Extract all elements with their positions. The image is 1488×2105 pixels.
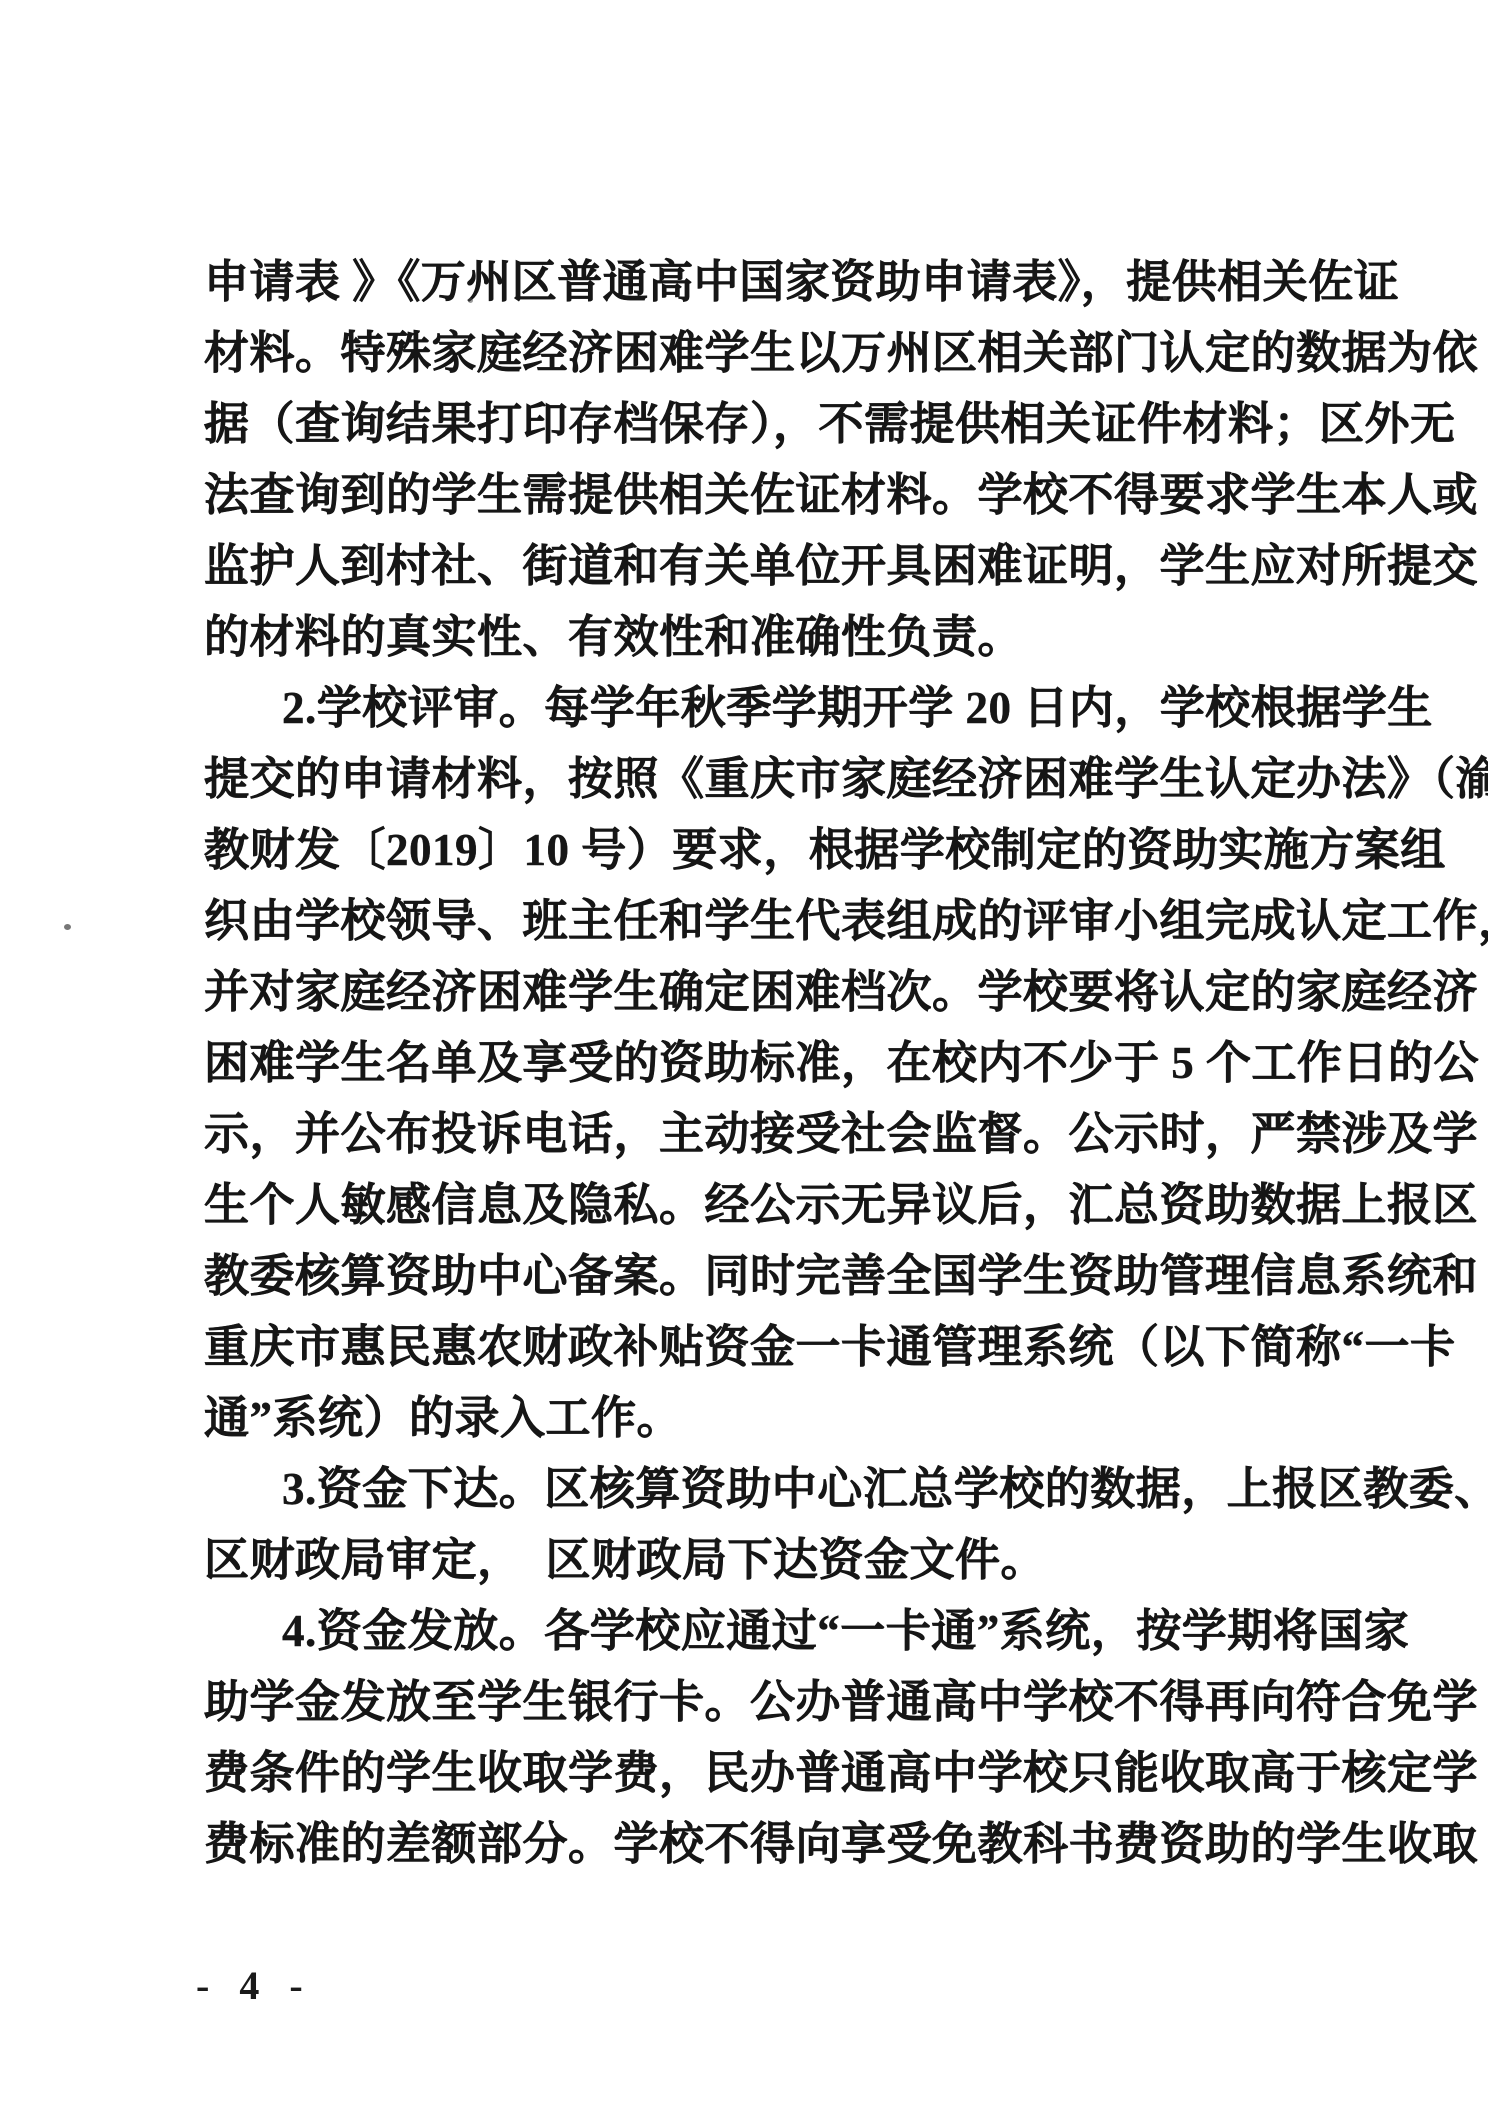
text-line: 教财发〔2019〕10 号）要求，根据学校制定的资助实施方案组 (204, 815, 1318, 886)
page-number: - 4 - (196, 1962, 313, 2009)
text-line: 区财政局审定， 区财政局下达资金文件。 (204, 1525, 1318, 1596)
text-line: 教委核算资助中心备案。同时完善全国学生资助管理信息系统和 (204, 1241, 1318, 1312)
text-line: 3.资金下达。区核算资助中心汇总学校的数据，上报区教委、 (204, 1454, 1318, 1525)
text-line: 4.资金发放。各学校应通过“一卡通”系统，按学期将国家 (204, 1596, 1318, 1667)
text-line: 示，并公布投诉电话，主动接受社会监督。公示时，严禁涉及学 (204, 1099, 1318, 1170)
text-line: 费标准的差额部分。学校不得向享受免教科书费资助的学生收取 (204, 1809, 1318, 1880)
scanned-document-page: 申请表 》《万州区普通高中国家资助申请表》，提供相关佐证 材料。特殊家庭经济困难… (0, 0, 1488, 2105)
scan-speck (468, 298, 473, 303)
text-line: 助学金发放至学生银行卡。公办普通高中学校不得再向符合免学 (204, 1667, 1318, 1738)
text-line: 申请表 》《万州区普通高中国家资助申请表》，提供相关佐证 (204, 247, 1318, 318)
text-line: 的材料的真实性、有效性和准确性负责。 (204, 602, 1318, 673)
text-line: 材料。特殊家庭经济困难学生以万州区相关部门认定的数据为依 (204, 318, 1318, 389)
scan-speck (64, 924, 71, 930)
text-line: 生个人敏感信息及隐私。经公示无异议后，汇总资助数据上报区 (204, 1170, 1318, 1241)
text-line: 据（查询结果打印存档保存），不需提供相关证件材料；区外无 (204, 389, 1318, 460)
text-line: 提交的申请材料，按照《重庆市家庭经济困难学生认定办法》（渝 (204, 744, 1318, 815)
text-line: 费条件的学生收取学费，民办普通高中学校只能收取高于核定学 (204, 1738, 1318, 1809)
text-line: 2.学校评审。每学年秋季学期开学 20 日内，学校根据学生 (204, 673, 1318, 744)
text-line: 困难学生名单及享受的资助标准，在校内不少于 5 个工作日的公 (204, 1028, 1318, 1099)
text-line: 法查询到的学生需提供相关佐证材料。学校不得要求学生本人或 (204, 460, 1318, 531)
scan-speck (1163, 296, 1167, 300)
text-line: 并对家庭经济困难学生确定困难档次。学校要将认定的家庭经济 (204, 957, 1318, 1028)
text-line: 监护人到村社、街道和有关单位开具困难证明，学生应对所提交 (204, 531, 1318, 602)
text-line: 织由学校领导、班主任和学生代表组成的评审小组完成认定工作， (204, 886, 1318, 957)
text-line: 通”系统）的录入工作。 (204, 1383, 1318, 1454)
text-line: 重庆市惠民惠农财政补贴资金一卡通管理系统（以下简称“一卡 (204, 1312, 1318, 1383)
document-text-block: 申请表 》《万州区普通高中国家资助申请表》，提供相关佐证 材料。特殊家庭经济困难… (204, 247, 1318, 1880)
